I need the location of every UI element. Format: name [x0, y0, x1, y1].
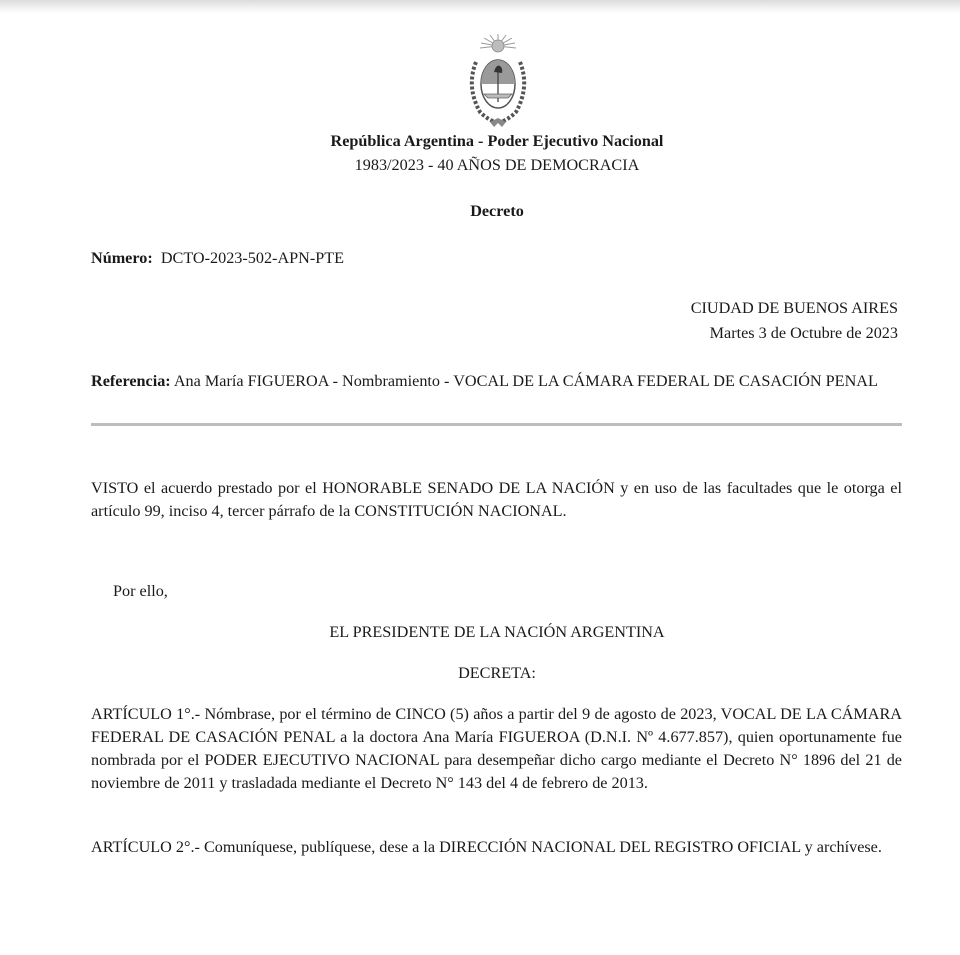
decreta-heading: DECRETA:: [0, 663, 960, 683]
president-heading: EL PRESIDENTE DE LA NACIÓN ARGENTINA: [0, 622, 960, 642]
document-place: CIUDAD DE BUENOS AIRES: [691, 298, 898, 318]
reference-label: Referencia:: [91, 372, 171, 390]
document-number: Número: DCTO-2023-502-APN-PTE: [91, 248, 344, 268]
por-ello-text: Por ello,: [113, 581, 168, 601]
document-reference: Referencia: Ana María FIGUEROA - Nombram…: [91, 370, 902, 393]
document-date: Martes 3 de Octubre de 2023: [710, 323, 898, 343]
document-type: Decreto: [0, 201, 960, 221]
visto-paragraph: VISTO el acuerdo prestado por el HONORAB…: [91, 477, 902, 523]
page-top-shadow: [0, 0, 960, 14]
number-value: DCTO-2023-502-APN-PTE: [161, 249, 344, 267]
article-2: ARTÍCULO 2°.- Comuníquese, publíquese, d…: [91, 836, 902, 859]
argentina-coat-of-arms-icon: [462, 32, 534, 132]
header-title: República Argentina - Poder Ejecutivo Na…: [0, 131, 960, 151]
number-label: Número:: [91, 249, 153, 267]
article-1: ARTÍCULO 1°.- Nómbrase, por el término d…: [91, 703, 902, 795]
header-divider: [91, 423, 902, 426]
reference-value: Ana María FIGUEROA - Nombramiento - VOCA…: [174, 372, 878, 390]
header-subtitle: 1983/2023 - 40 AÑOS DE DEMOCRACIA: [0, 155, 960, 175]
